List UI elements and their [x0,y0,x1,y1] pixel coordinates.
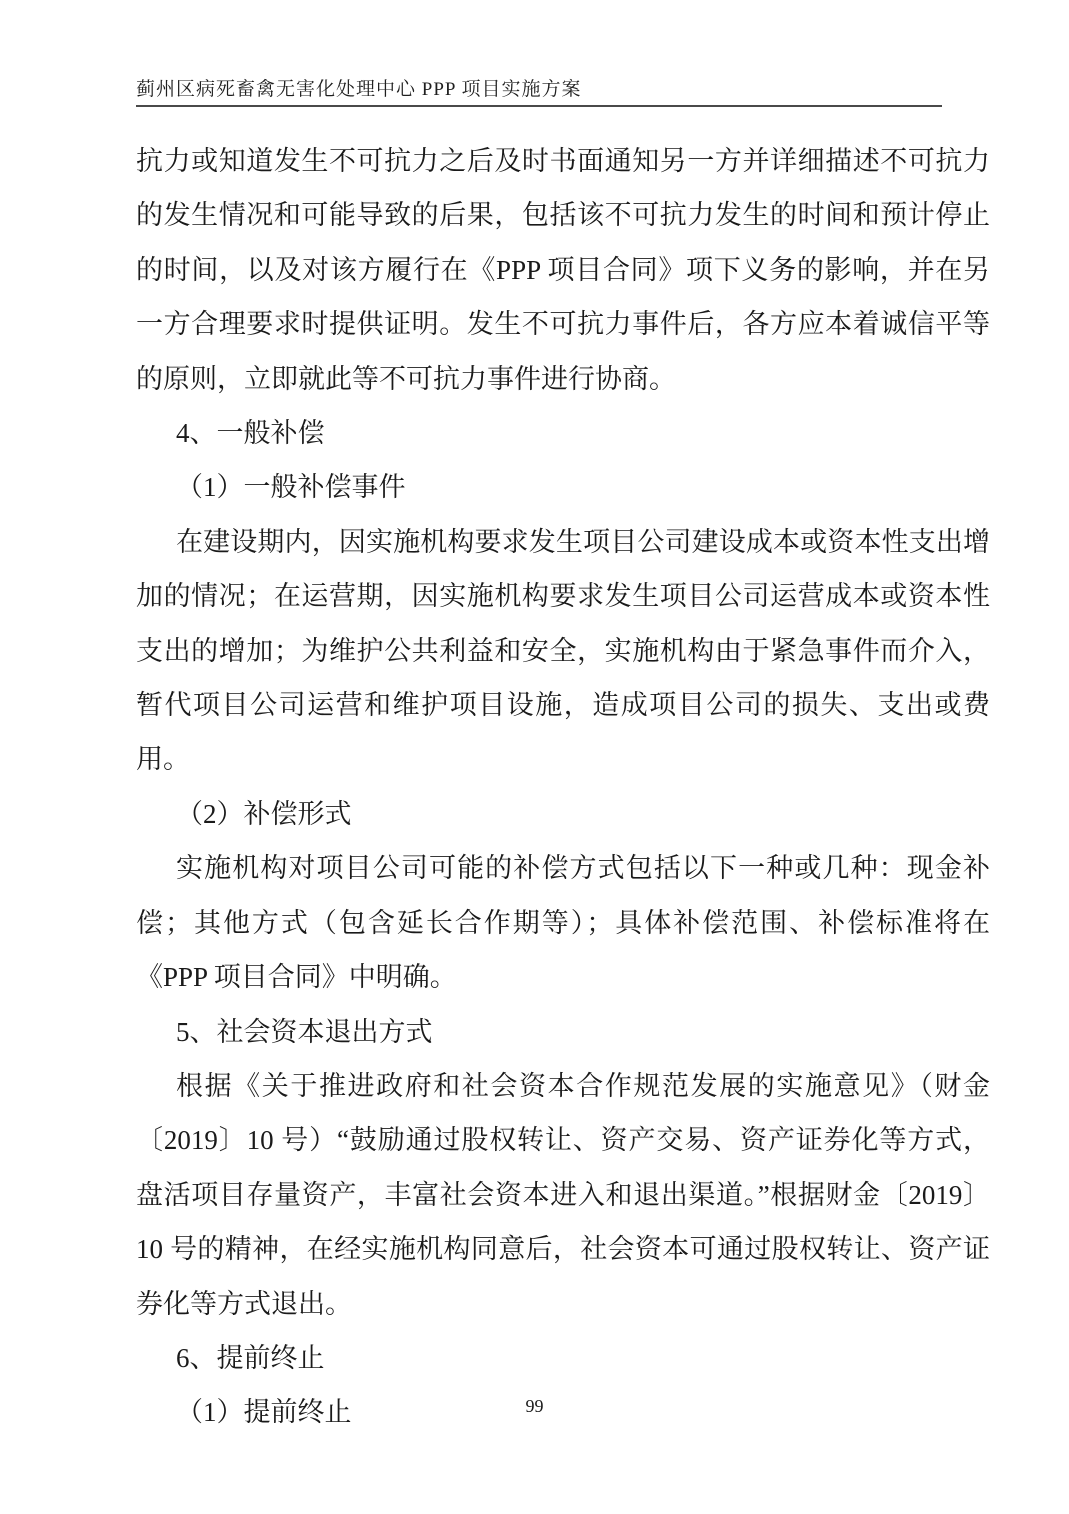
paragraph-force-majeure-continuation: 抗力或知道发生不可抗力之后及时书面通知另一方并详细描述不可抗力的发生情况和可能导… [136,134,990,406]
paragraph-compensation-form: 实施机构对项目公司可能的补偿方式包括以下一种或几种：现金补偿；其他方式（包含延长… [136,841,990,1004]
section-heading-general-compensation: 4、一般补偿 [136,406,990,460]
document-body: 抗力或知道发生不可抗力之后及时书面通知另一方并详细描述不可抗力的发生情况和可能导… [136,134,990,1440]
header-title: 蓟州区病死畜禽无害化处理中心 PPP 项目实施方案 [136,74,942,101]
page-number: 99 [526,1396,544,1416]
page-footer: 99 [0,1396,1069,1417]
section-heading-capital-exit: 5、社会资本退出方式 [136,1005,990,1059]
page-header: 蓟州区病死畜禽无害化处理中心 PPP 项目实施方案 [136,74,942,107]
section-heading-early-termination: 6、提前终止 [136,1331,990,1385]
paragraph-compensation-events: 在建设期内，因实施机构要求发生项目公司建设成本或资本性支出增加的情况；在运营期，… [136,515,990,787]
subheading-compensation-form: （2）补偿形式 [136,787,990,841]
paragraph-capital-exit: 根据《关于推进政府和社会资本合作规范发展的实施意见》（财金〔2019〕10 号）… [136,1059,990,1331]
subheading-compensation-events: （1）一般补偿事件 [136,460,990,514]
document-page: 蓟州区病死畜禽无害化处理中心 PPP 项目实施方案 抗力或知道发生不可抗力之后及… [0,0,1069,1514]
